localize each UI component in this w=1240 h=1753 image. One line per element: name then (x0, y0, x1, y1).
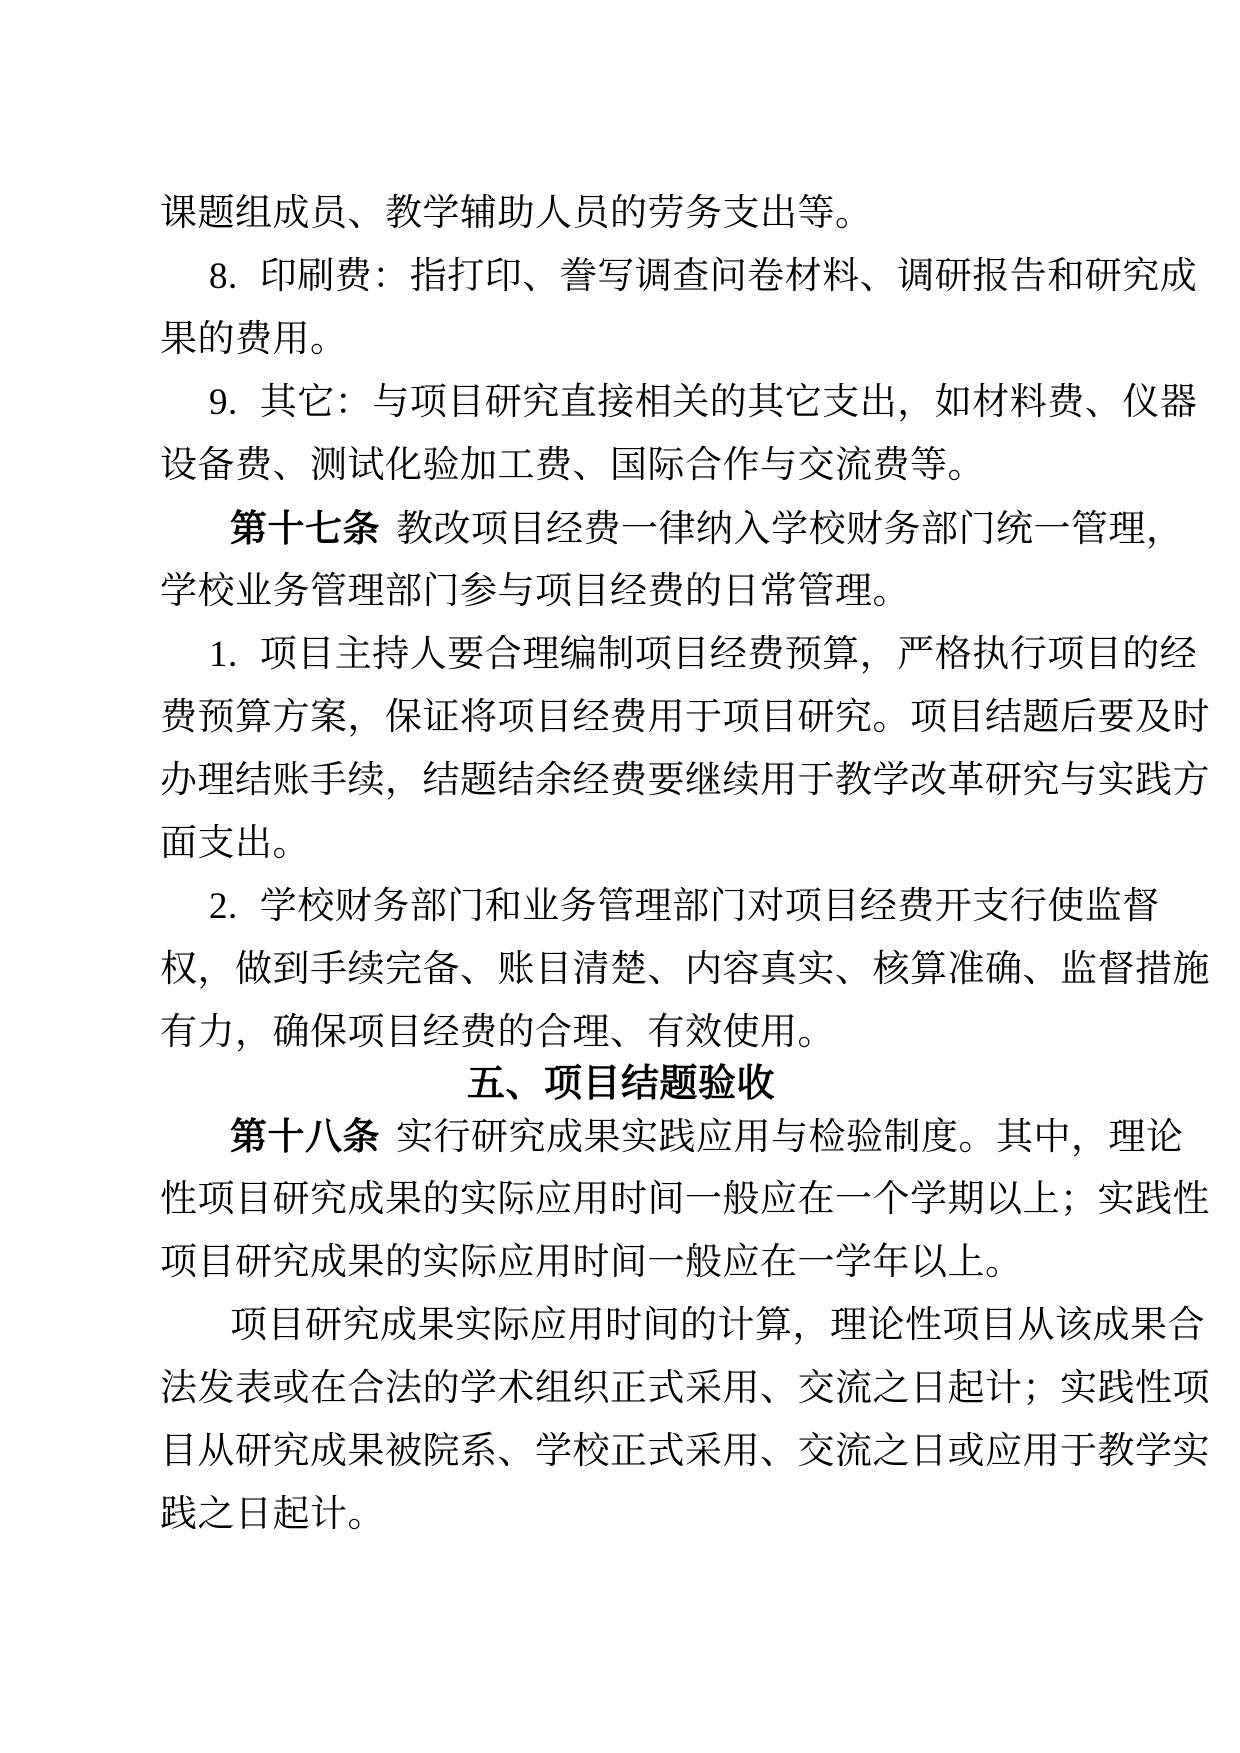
text-line: 法发表或在合法的学术组织正式采用、交流之日起计；实践性项 (160, 1357, 1082, 1420)
article-term: 第十八条 (230, 1116, 380, 1157)
text-segment: 办理结账手续，结题结余经费要继续用于教学改革研究与实践方 (160, 760, 1210, 801)
list-number: 8. (209, 256, 238, 297)
text-segment: 果的费用。 (160, 319, 348, 360)
text-line: 课题组成员、教学辅助人员的劳务支出等。 (160, 182, 1082, 245)
text-segment: 目从研究成果被院系、学校正式采用、交流之日或应用于教学实 (160, 1431, 1210, 1472)
text-line: 学校业务管理部门参与项目经费的日常管理。 (160, 560, 1082, 623)
section-heading: 五、项目结题验收 (160, 1064, 1082, 1105)
text-segment: 设备费、测试化验加工费、国际合作与交流费等。 (160, 445, 985, 486)
text-line: 办理结账手续，结题结余经费要继续用于教学改革研究与实践方 (160, 749, 1082, 812)
text-segment: 学校业务管理部门参与项目经费的日常管理。 (160, 571, 910, 612)
text-segment: 有力，确保项目经费的合理、有效使用。 (160, 1012, 835, 1053)
text-line: 费预算方案，保证将项目经费用于项目研究。项目结题后要及时 (160, 686, 1082, 749)
text-line: 性项目研究成果的实际应用时间一般应在一个学期以上；实践性 (160, 1168, 1082, 1231)
text-line: 项目研究成果的实际应用时间一般应在一学年以上。 (160, 1231, 1082, 1294)
document-page: 课题组成员、教学辅助人员的劳务支出等。8.印刷费：指打印、誊写调查问卷材料、调研… (0, 0, 1240, 1753)
text-line: 践之日起计。 (160, 1483, 1082, 1546)
text-segment: 其它：与项目研究直接相关的其它支出，如材料费、仪器 (260, 382, 1198, 423)
list-number: 2. (209, 886, 238, 927)
text-line: 1.项目主持人要合理编制项目经费预算，严格执行项目的经 (160, 623, 1082, 686)
article-term: 第十七条 (230, 508, 380, 549)
text-segment: 课题组成员、教学辅助人员的劳务支出等。 (160, 193, 873, 234)
text-line: 面支出。 (160, 812, 1082, 875)
text-line: 第十七条教改项目经费一律纳入学校财务部门统一管理， (160, 497, 1082, 560)
text-segment: 学校财务部门和业务管理部门对项目经费开支行使监督 (260, 886, 1160, 927)
text-segment: 项目主持人要合理编制项目经费预算，严格执行项目的经 (260, 634, 1198, 675)
text-segment: 践之日起计。 (160, 1494, 385, 1535)
text-segment: 教改项目经费一律纳入学校财务部门统一管理， (396, 509, 1184, 550)
text-line: 果的费用。 (160, 308, 1082, 371)
text-segment: 费预算方案，保证将项目经费用于项目研究。项目结题后要及时 (160, 697, 1210, 738)
text-segment: 项目研究成果的实际应用时间一般应在一学年以上。 (160, 1242, 1023, 1283)
text-segment: 实行研究成果实践应用与检验制度。其中，理论 (396, 1117, 1184, 1158)
text-segment: 项目研究成果实际应用时间的计算，理论性项目从该成果合 (230, 1305, 1205, 1346)
text-line: 权，做到手续完备、账目清楚、内容真实、核算准确、监督措施 (160, 938, 1082, 1001)
text-segment: 五、项目结题验收 (467, 1063, 775, 1105)
text-line: 设备费、测试化验加工费、国际合作与交流费等。 (160, 434, 1082, 497)
text-segment: 法发表或在合法的学术组织正式采用、交流之日起计；实践性项 (160, 1368, 1210, 1409)
text-line: 目从研究成果被院系、学校正式采用、交流之日或应用于教学实 (160, 1420, 1082, 1483)
text-line: 8.印刷费：指打印、誊写调查问卷材料、调研报告和研究成 (160, 245, 1082, 308)
text-segment: 印刷费：指打印、誊写调查问卷材料、调研报告和研究成 (260, 256, 1198, 297)
list-number: 1. (209, 634, 238, 675)
text-line: 有力，确保项目经费的合理、有效使用。 (160, 1001, 1082, 1064)
text-line: 第十八条实行研究成果实践应用与检验制度。其中，理论 (160, 1105, 1082, 1168)
text-segment: 性项目研究成果的实际应用时间一般应在一个学期以上；实践性 (160, 1179, 1210, 1220)
text-segment: 权，做到手续完备、账目清楚、内容真实、核算准确、监督措施 (160, 949, 1210, 990)
text-segment: 面支出。 (160, 823, 310, 864)
text-line: 2.学校财务部门和业务管理部门对项目经费开支行使监督 (160, 875, 1082, 938)
text-line: 项目研究成果实际应用时间的计算，理论性项目从该成果合 (160, 1294, 1082, 1357)
text-line: 9.其它：与项目研究直接相关的其它支出，如材料费、仪器 (160, 371, 1082, 434)
document-body: 课题组成员、教学辅助人员的劳务支出等。8.印刷费：指打印、誊写调查问卷材料、调研… (160, 182, 1082, 1546)
list-number: 9. (209, 382, 238, 423)
